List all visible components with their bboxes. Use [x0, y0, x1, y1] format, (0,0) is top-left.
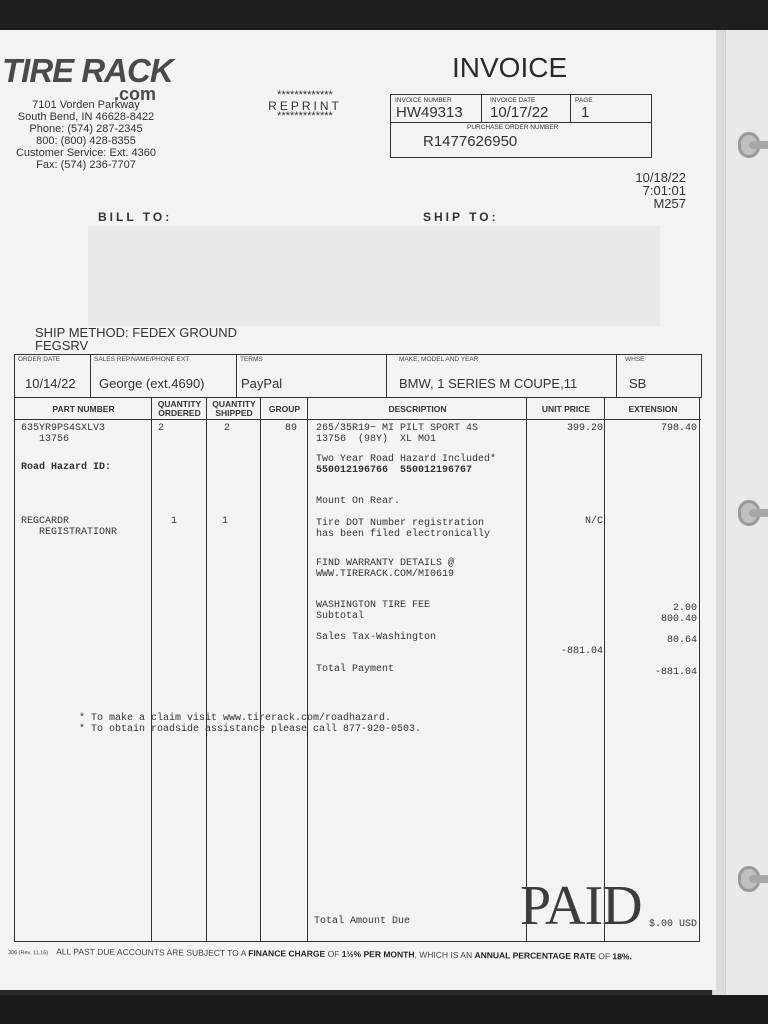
header-extension: EXTENSION [605, 398, 701, 420]
warranty-link: WWW.TIRERACK.COM/MI0619 [316, 569, 454, 580]
col-unit-price [527, 398, 605, 941]
roadside-assistance-note: * To obtain roadside assistance please c… [79, 724, 421, 735]
page-cell: PAGE 1 [571, 95, 651, 123]
footer-apr-value: 18%. [612, 951, 631, 961]
item1-part-sub: 13756 [39, 434, 69, 445]
footer-text: ALL PAST DUE ACCOUNTS ARE SUBJECT TO A [56, 946, 248, 958]
footer-finance-charge: FINANCE CHARGE [248, 948, 325, 959]
sales-rep: George (ext.4690) [99, 376, 205, 391]
vehicle: BMW, 1 SERIES M COUPE,11 [399, 376, 577, 391]
item1-qty-ordered: 2 [158, 423, 164, 434]
mount-note: Mount On Rear. [316, 496, 400, 507]
toll-free-line: 800: (800) 428-8355 [6, 135, 166, 147]
footer-text: OF [325, 949, 342, 959]
order-date-label: ORDER DATE [15, 355, 90, 363]
redacted-address-area [88, 226, 660, 326]
warranty-line1: FIND WARRANTY DETAILS @ [316, 558, 454, 569]
footer-apr-label: ANNUAL PERCENTAGE RATE [474, 950, 595, 961]
header-unit-price: UNIT PRICE [527, 398, 605, 420]
terms-label: TERMS [237, 355, 386, 363]
tire-fee-amount: 2.00 [615, 603, 697, 614]
header-group: GROUP [261, 398, 308, 420]
vehicle-label: MAKE, MODEL AND YEAR [387, 355, 616, 363]
order-date-cell: ORDER DATE 10/14/22 [15, 355, 91, 397]
total-payment-amount: -881.04 [615, 667, 697, 678]
print-timestamp: 10/18/22 7:01:01 M257 [600, 171, 686, 210]
item1-group: 89 [285, 423, 297, 434]
address-line: South Bend, IN 46628-8422 [6, 111, 166, 123]
total-payment-label: Total Payment [316, 664, 394, 675]
subtotal-label: Subtotal [316, 611, 364, 622]
warehouse-cell: WHSE SB [617, 355, 701, 397]
reprint-banner: ************* REPRINT ************* [250, 91, 360, 121]
page-label: PAGE [571, 95, 651, 104]
terms-cell: TERMS PayPal [237, 355, 387, 397]
customer-service-line: Customer Service: Ext. 4360 [6, 147, 166, 159]
road-hazard-label: Road Hazard ID: [21, 462, 111, 473]
item1-desc-line2: 13756 (98Y) XL MO1 [316, 434, 436, 445]
company-address: 7101 Vorden Parkway South Bend, IN 46628… [6, 99, 166, 171]
page-number: 1 [571, 104, 651, 121]
footer-text: , WHICH IS AN [414, 950, 474, 961]
ship-to-label: SHIP TO: [423, 210, 499, 224]
col-qty-ordered [152, 398, 207, 941]
binder-ring-icon [738, 866, 760, 892]
payment-applied: -881.04 [537, 646, 603, 657]
form-revision: 306 (Rev. 11.16) [8, 950, 48, 956]
po-number: R1477626950 [423, 133, 517, 150]
invoice-date: 10/17/22 [482, 104, 570, 121]
invoice-page: TIRE RACK .com 7101 Vorden Parkway South… [0, 30, 716, 990]
road-hazard-desc: Two Year Road Hazard Included* [316, 454, 496, 465]
sales-tax-amount: 80.64 [615, 635, 697, 646]
item1-desc-line1: 265/35R19~ MI PILT SPORT 4S [316, 423, 478, 434]
road-hazard-ids: 550012196766 550012196767 [316, 465, 472, 476]
terms: PayPal [241, 376, 282, 391]
table-header: PART NUMBER QUANTITY ORDERED QUANTITY SH… [15, 398, 701, 420]
item2-qty-ordered: 1 [171, 516, 177, 527]
sales-tax-label: Sales Tax-Washington [316, 632, 436, 643]
tire-rack-logo: TIRE RACK .com [2, 52, 173, 90]
subtotal-amount: 800.40 [615, 614, 697, 625]
sales-rep-label: SALES REP.NAME/PHONE EXT [91, 355, 236, 363]
item2-desc-line1: Tire DOT Number registration [316, 518, 484, 529]
invoice-number: HW49313 [391, 104, 481, 121]
warehouse: SB [629, 376, 646, 391]
warehouse-label: WHSE [617, 355, 701, 363]
invoice-number-label: INVOICE NUMBER [391, 95, 481, 104]
item1-qty-shipped: 2 [224, 423, 230, 434]
total-due-label: Total Amount Due [314, 916, 410, 927]
footer-text: OF [596, 951, 613, 961]
sales-rep-cell: SALES REP.NAME/PHONE EXT George (ext.469… [91, 355, 237, 397]
item2-part-sub: REGISTRATIONR [39, 527, 117, 538]
order-info-box: ORDER DATE 10/14/22 SALES REP.NAME/PHONE… [14, 354, 702, 398]
item2-qty-shipped: 1 [222, 516, 228, 527]
binder-bottom-edge [0, 995, 768, 1024]
header-part-number: PART NUMBER [15, 398, 152, 420]
fax-line: Fax: (574) 236-7707 [6, 159, 166, 171]
binder-ring-icon [738, 132, 760, 158]
reprint-stars-bottom: ************* [250, 112, 360, 121]
line-items-table: PART NUMBER QUANTITY ORDERED QUANTITY SH… [14, 397, 700, 942]
tire-fee-label: WASHINGTON TIRE FEE [316, 600, 430, 611]
header-description: DESCRIPTION [308, 398, 527, 420]
road-hazard-claim-note: * To make a claim visit www.tirerack.com… [79, 713, 391, 724]
address-line: 7101 Vorden Parkway [6, 99, 166, 111]
item2-desc-line2: has been filed electronically [316, 529, 490, 540]
invoice-number-cell: INVOICE NUMBER HW49313 [391, 95, 482, 123]
header-qty-ordered: QUANTITY ORDERED [152, 398, 207, 420]
invoice-date-cell: INVOICE DATE 10/17/22 [482, 95, 571, 123]
item2-unit-price: N/C [537, 516, 603, 527]
phone-line: Phone: (574) 287-2345 [6, 123, 166, 135]
binder-top-edge [0, 0, 768, 30]
bill-to-label: BILL TO: [98, 210, 172, 224]
col-group [261, 398, 308, 941]
col-part-number [15, 398, 152, 941]
item1-extension: 798.40 [615, 423, 697, 434]
binder-ring-icon [738, 500, 760, 526]
paid-stamp: PAID [520, 878, 642, 934]
invoice-date-label: INVOICE DATE [482, 95, 570, 104]
item2-part-number: REGCARDR [21, 516, 69, 527]
po-number-label: PURCHASE ORDER NUMBER [467, 124, 558, 131]
invoice-info-box: INVOICE NUMBER HW49313 INVOICE DATE 10/1… [390, 94, 652, 158]
invoice-title: INVOICE [452, 52, 567, 84]
order-date: 10/14/22 [25, 376, 76, 391]
header-qty-shipped: QUANTITY SHIPPED [207, 398, 261, 420]
vehicle-cell: MAKE, MODEL AND YEAR BMW, 1 SERIES M COU… [387, 355, 617, 397]
footer-monthly-rate: 1½% PER MONTH [342, 949, 415, 960]
print-code: M257 [600, 197, 686, 210]
col-qty-shipped [207, 398, 261, 941]
finance-charge-footer: 306 (Rev. 11.16)ALL PAST DUE ACCOUNTS AR… [8, 946, 632, 961]
ship-method: SHIP METHOD: FEDEX GROUND FEGSRV [35, 326, 237, 352]
ship-method-code: FEGSRV [35, 339, 237, 352]
item1-part-number: 635YR9PS4SXLV3 [21, 423, 105, 434]
item1-unit-price: 399.20 [537, 423, 603, 434]
